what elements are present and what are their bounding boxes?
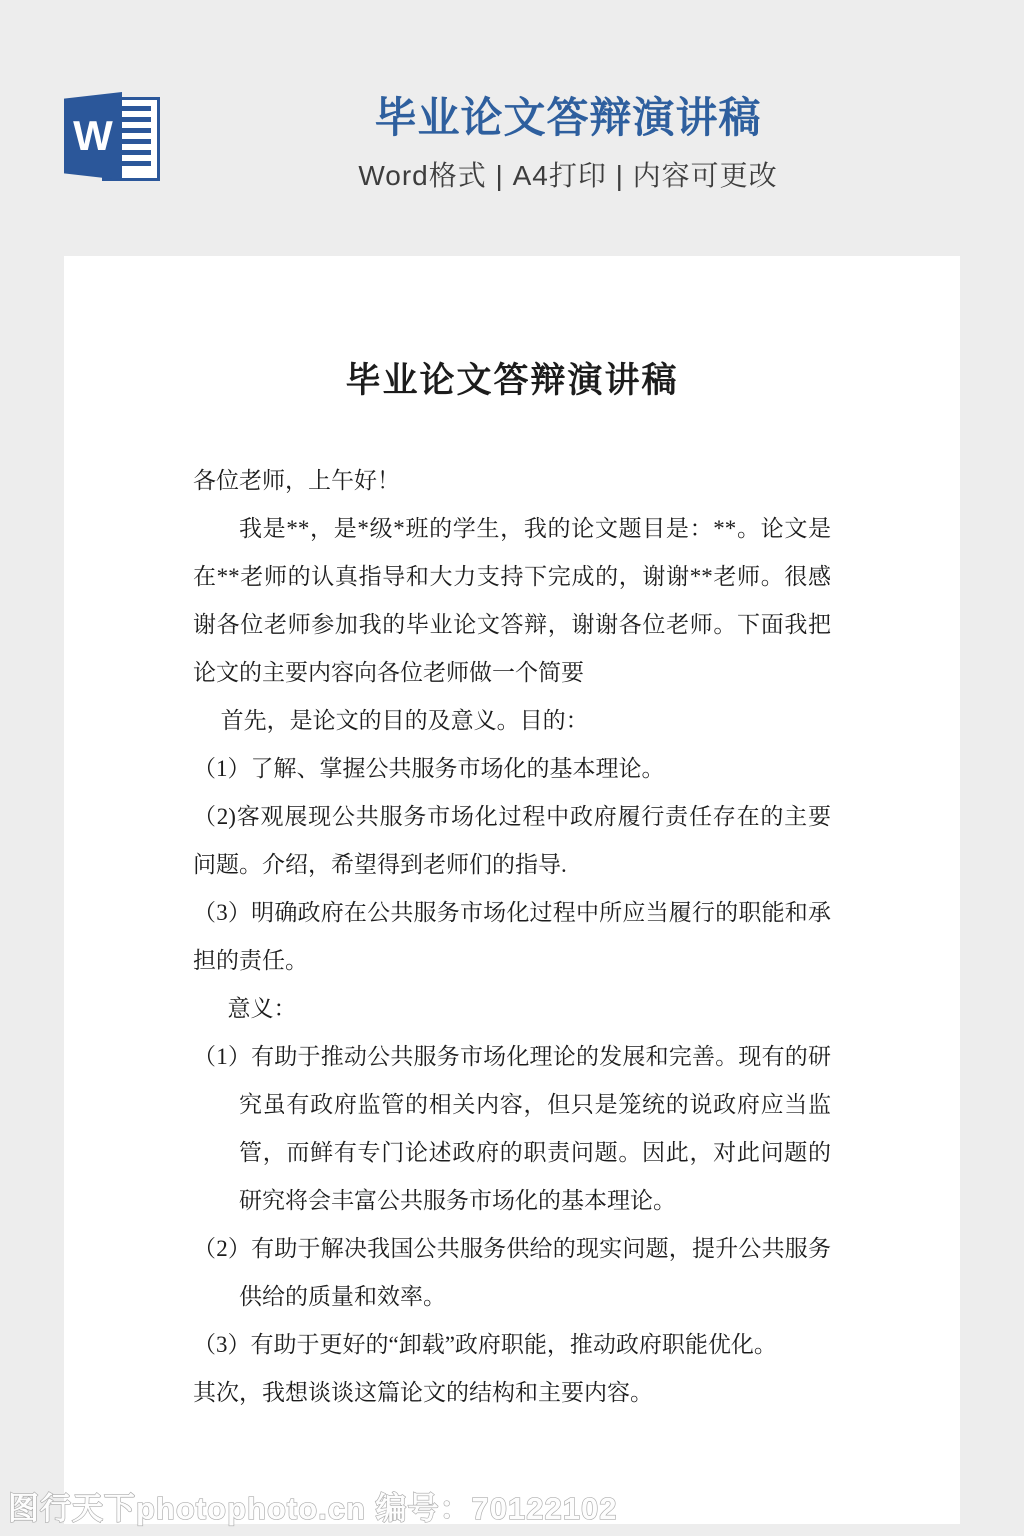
page-background: W 毕业论文答辩演讲稿 Word格式 | A4打印 | 内容可更改 毕业论文答辩… bbox=[0, 0, 1024, 1536]
paragraph: 首先，是论文的目的及意义。目的： bbox=[193, 697, 831, 745]
paragraph: 意义： bbox=[193, 985, 831, 1033]
document-heading: 毕业论文答辩演讲稿 bbox=[193, 356, 831, 405]
paragraph: 我是**，是*级*班的学生，我的论文题目是：**。论文是在**老师的认真指导和大… bbox=[193, 505, 831, 697]
paragraph: 各位老师，上午好！ bbox=[193, 457, 831, 505]
paragraph: （3）明确政府在公共服务市场化过程中所应当履行的职能和承担的责任。 bbox=[193, 889, 831, 985]
document-page: 毕业论文答辩演讲稿 各位老师，上午好！我是**，是*级*班的学生，我的论文题目是… bbox=[64, 256, 960, 1524]
watermark-text: 图行天下photophoto.cn 编号：70122102 bbox=[8, 1483, 617, 1528]
document-body: 各位老师，上午好！我是**，是*级*班的学生，我的论文题目是：**。论文是在**… bbox=[193, 457, 831, 1417]
paragraph: （3）有助于更好的“卸载”政府职能，推动政府职能优化。 bbox=[193, 1321, 831, 1369]
paragraph: （1）有助于推动公共服务市场化理论的发展和完善。现有的研究虽有政府监管的相关内容… bbox=[193, 1033, 831, 1225]
template-subtitle: Word格式 | A4打印 | 内容可更改 bbox=[112, 154, 1024, 194]
paragraph: （2)客观展现公共服务市场化过程中政府履行责任存在的主要问题。介绍，希望得到老师… bbox=[193, 793, 831, 889]
paragraph: （2）有助于解决我国公共服务供给的现实问题，提升公共服务供给的质量和效率。 bbox=[193, 1225, 831, 1321]
paragraph: 其次，我想谈谈这篇论文的结构和主要内容。 bbox=[193, 1369, 831, 1417]
template-title: 毕业论文答辩演讲稿 bbox=[112, 94, 1024, 142]
header: W 毕业论文答辩演讲稿 Word格式 | A4打印 | 内容可更改 bbox=[0, 0, 1024, 256]
header-text: 毕业论文答辩演讲稿 Word格式 | A4打印 | 内容可更改 bbox=[0, 94, 1024, 194]
paragraph: （1）了解、掌握公共服务市场化的基本理论。 bbox=[193, 745, 831, 793]
